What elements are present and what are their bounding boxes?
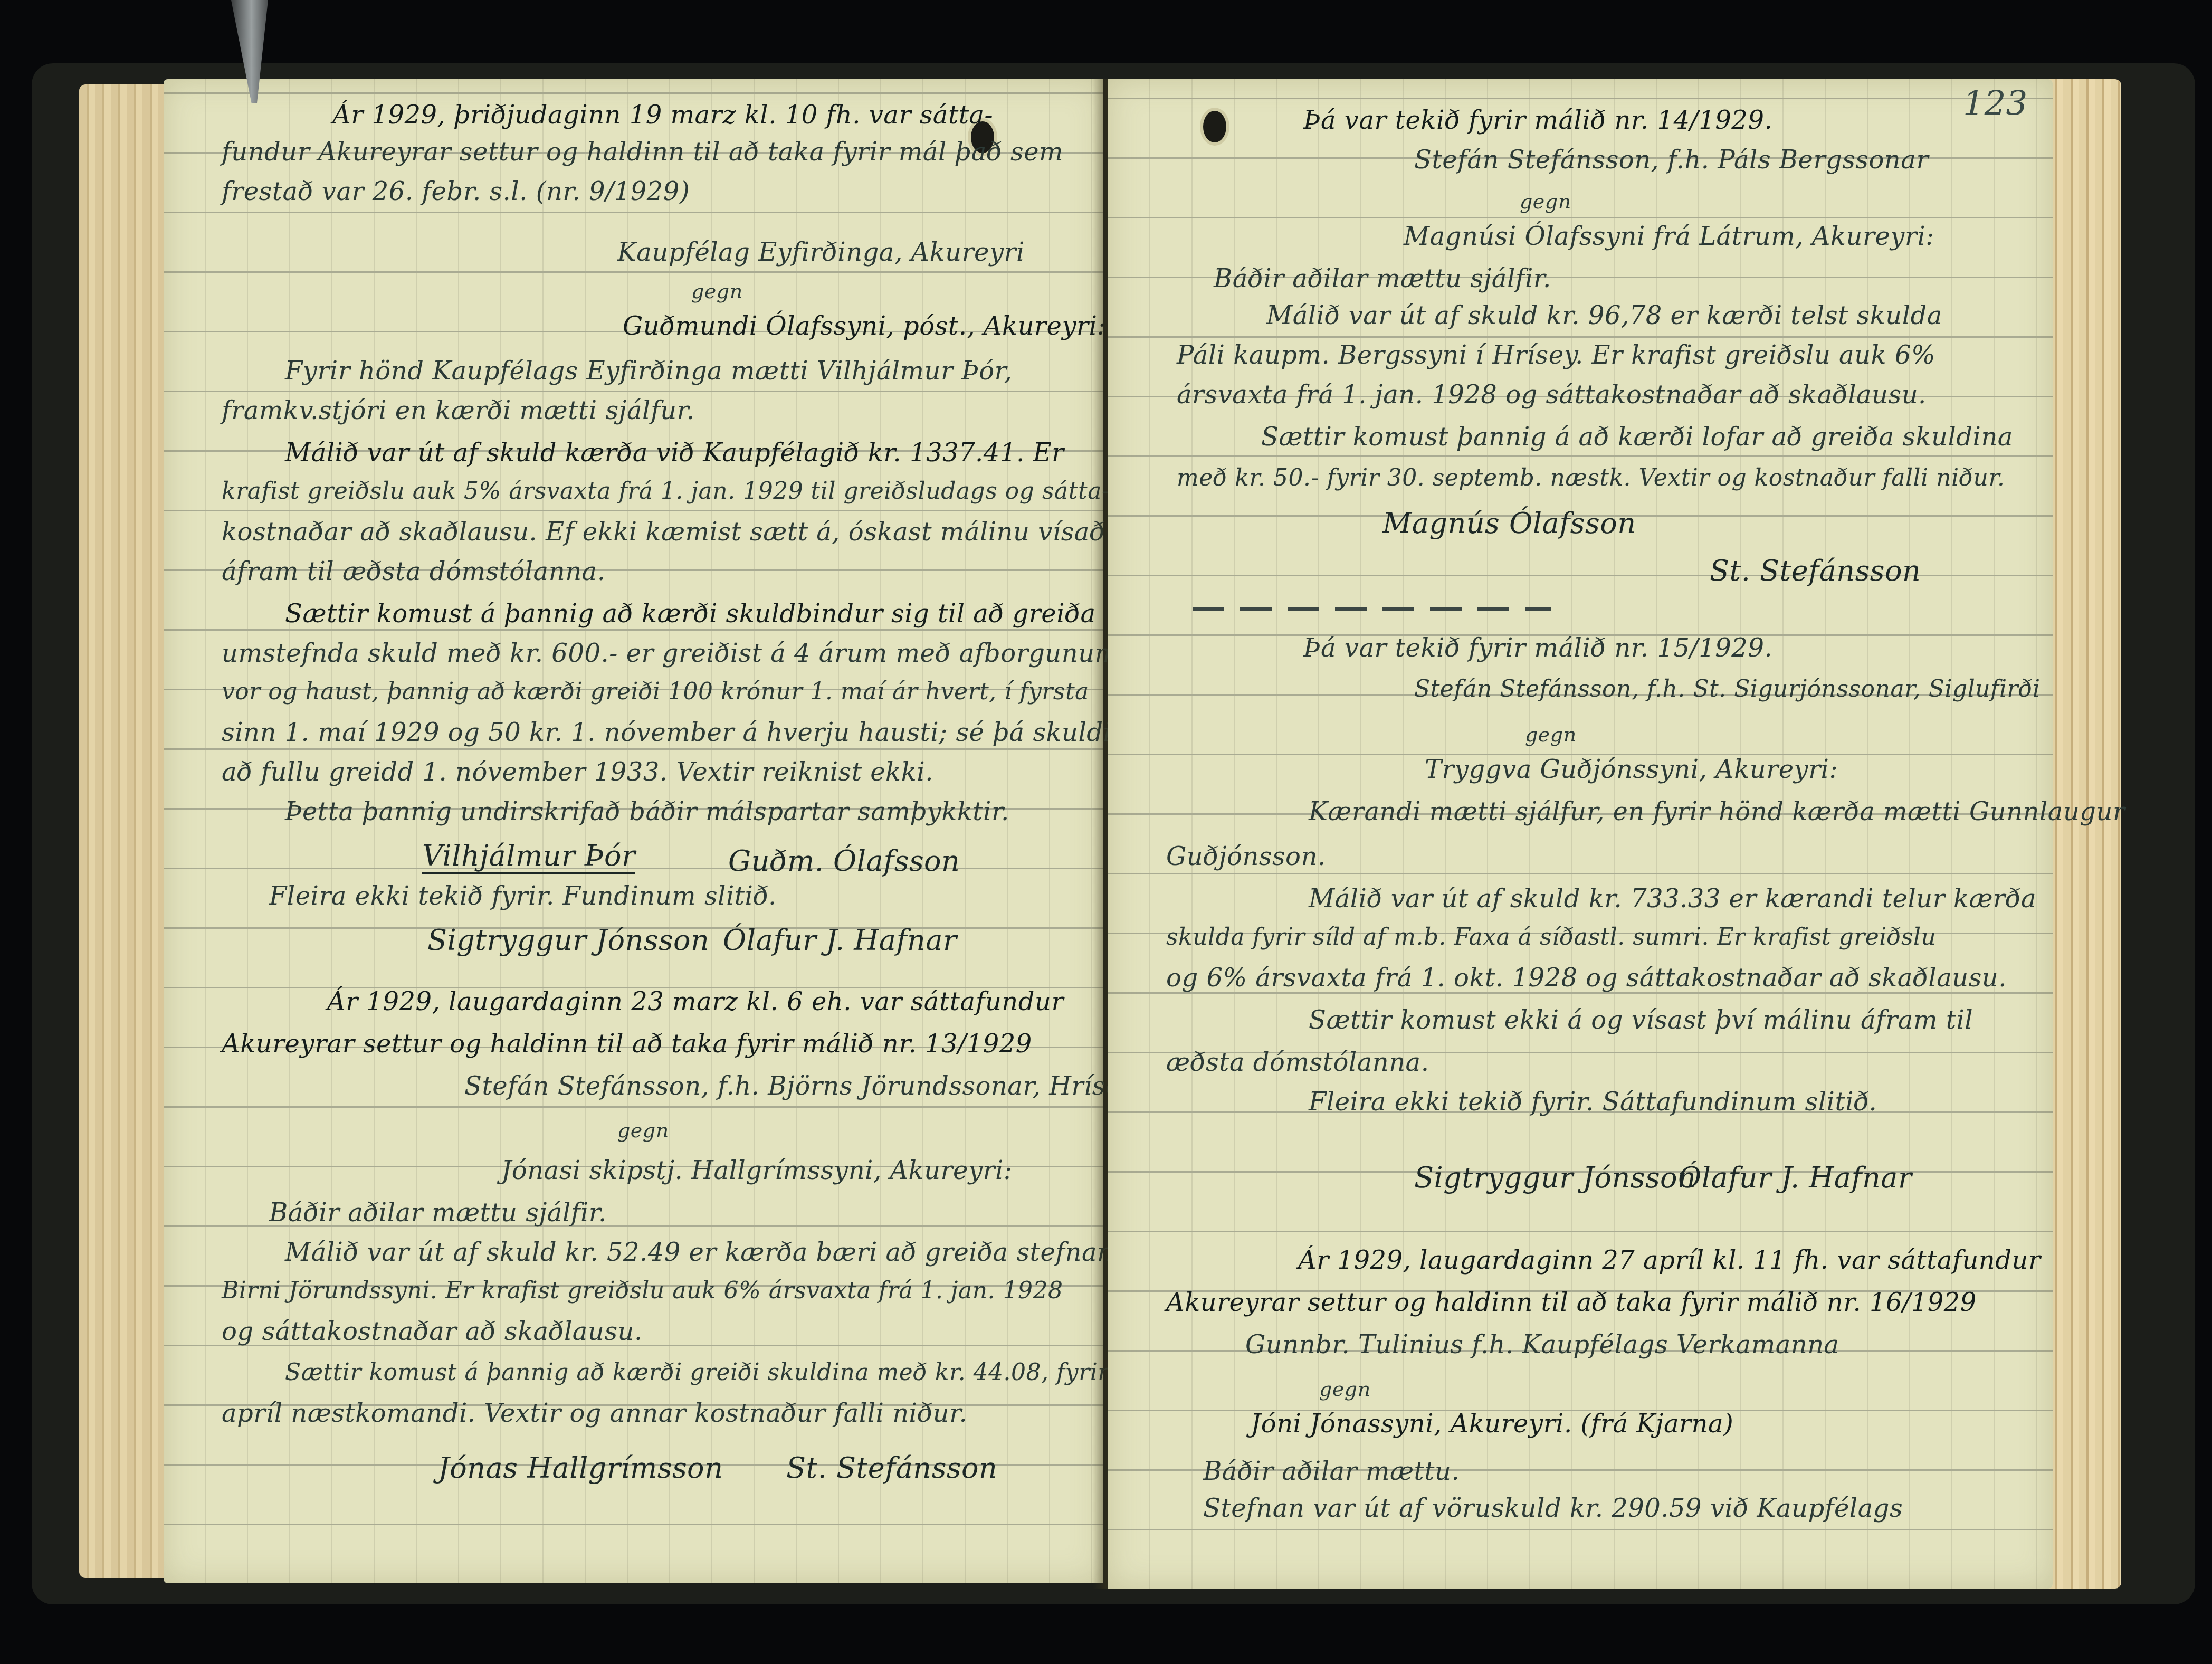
- plaintiff-line: Stefán Stefánsson, f.h. Björns Jörundsso…: [464, 1071, 1135, 1101]
- defendant-line: Jónasi skipstj. Hallgrímssyni, Akureyri:: [501, 1156, 1013, 1185]
- entry-line: áfram til æðsta dómstólanna.: [222, 557, 605, 586]
- entry-line: skulda fyrir síld af m.b. Faxa á síðastl…: [1166, 924, 1936, 950]
- closing-line: Fleira ekki tekið fyrir. Fundinum slitið…: [269, 881, 777, 911]
- signature-court: Ólafur J. Hafnar: [1678, 1161, 1912, 1194]
- entry-line: Málið var út af skuld kr. 733.33 er kæra…: [1309, 884, 2036, 914]
- page-number: 123: [1963, 84, 2027, 123]
- versus-label: gegn: [1319, 1377, 1371, 1401]
- entry-line: Ár 1929, laugardaginn 27 apríl kl. 11 fh…: [1298, 1245, 2041, 1275]
- entry-line: Stefnan var út af vöruskuld kr. 290.59 v…: [1203, 1494, 1903, 1523]
- entry-line: Akureyrar settur og haldinn til að taka …: [1166, 1288, 1977, 1317]
- entry-line: Þá var tekið fyrir málið nr. 15/1929.: [1303, 633, 1772, 663]
- signature-court: Sigtryggur Jónsson: [427, 924, 709, 957]
- binding-hole: [1203, 111, 1226, 142]
- signature-court: Ólafur J. Hafnar: [723, 924, 957, 957]
- signature-court: St. Stefánsson: [786, 1451, 997, 1485]
- signature-court: Sigtryggur Jónsson: [1414, 1161, 1696, 1194]
- entry-line: Sættir komust á þannig að kærði greiði s…: [285, 1359, 1198, 1386]
- entry-line: Birni Jörundssyni. Er krafist greiðslu a…: [222, 1277, 1063, 1304]
- entry-line: Fyrir hönd Kaupfélags Eyfirðinga mætti V…: [285, 356, 1013, 386]
- entry-line: framkv.stjóri en kærði mætti sjálfur.: [222, 396, 695, 425]
- signature-court: St. Stefánsson: [1710, 554, 1921, 587]
- entry-line: apríl næstkomandi. Vextir og annar kostn…: [222, 1399, 967, 1428]
- defendant-line: Guðmundi Ólafssyni, póst., Akureyri:: [623, 311, 1106, 341]
- page-edges-left: [79, 84, 164, 1578]
- entry-line: og sáttakostnaðar að skaðlausu.: [222, 1317, 643, 1346]
- entry-line: Ár 1929, laugardaginn 23 marz kl. 6 eh. …: [327, 987, 1064, 1016]
- entry-line: Þá var tekið fyrir málið nr. 14/1929.: [1303, 106, 1772, 135]
- entry-line: Báðir aðilar mættu.: [1203, 1457, 1460, 1486]
- plaintiff-line: Stefán Stefánsson, f.h. St. Sigurjónsson…: [1414, 676, 2041, 702]
- entry-line: Ár 1929, þriðjudaginn 19 marz kl. 10 fh.…: [332, 100, 993, 130]
- entry-line: æðsta dómstólanna.: [1166, 1048, 1429, 1077]
- entry-line: og 6% ársvaxta frá 1. okt. 1928 og sátta…: [1166, 963, 2007, 993]
- entry-line: kostnaðar að skaðlausu. Ef ekki kæmist s…: [222, 517, 1105, 547]
- entry-line: krafist greiðslu auk 5% ársvaxta frá 1. …: [222, 478, 1110, 505]
- defendant-line: Jóni Jónassyni, Akureyri. (frá Kjarna): [1251, 1409, 1733, 1439]
- entry-line: Akureyrar settur og haldinn til að taka …: [222, 1029, 1032, 1059]
- signature-party: Guðm. Ólafsson: [728, 844, 960, 878]
- page-edges-right: [2047, 79, 2121, 1589]
- entry-line: Guðjónsson.: [1166, 842, 1326, 871]
- entry-line: Sættir komust á þannig að kærði skuldbin…: [285, 599, 1096, 629]
- entry-line: umstefnda skuld með kr. 600.- er greiðis…: [222, 639, 1119, 668]
- entry-line: vor og haust, þannig að kærði greiði 100…: [222, 678, 1089, 705]
- entry-line: fundur Akureyrar settur og haldinn til a…: [222, 137, 1063, 167]
- entry-line: Báðir aðilar mættu sjálfir.: [269, 1198, 607, 1228]
- plaintiff-line: Gunnbr. Tulinius f.h. Kaupfélags Verkama…: [1245, 1330, 1839, 1359]
- entry-line: frestað var 26. febr. s.l. (nr. 9/1929): [222, 177, 690, 206]
- signature-party: Jónas Hallgrímsson: [438, 1451, 723, 1485]
- entry-line: Málið var út af skuld kærða við Kaupféla…: [285, 438, 1064, 468]
- versus-label: gegn: [617, 1119, 669, 1142]
- versus-label: gegn: [691, 280, 743, 303]
- signature-party: Vilhjálmur Þór: [422, 839, 635, 874]
- entry-line: að fullu greidd 1. nóvember 1933. Vextir…: [222, 757, 933, 787]
- entry-line: Málið var út af skuld kr. 96,78 er kærði…: [1266, 301, 1942, 330]
- defendant-line: Tryggva Guðjónssyni, Akureyri:: [1425, 755, 1838, 784]
- entry-line: sinn 1. maí 1929 og 50 kr. 1. nóvember á…: [222, 718, 1128, 747]
- closing-line: Fleira ekki tekið fyrir. Sáttafundinum s…: [1309, 1087, 1877, 1117]
- versus-label: gegn: [1520, 190, 1571, 213]
- entry-line: Báðir aðilar mættu sjálfir.: [1214, 264, 1551, 293]
- entry-line: ársvaxta frá 1. jan. 1928 og sáttakostna…: [1177, 380, 1927, 410]
- signature-party: Magnús Ólafsson: [1382, 507, 1636, 540]
- entry-line: Sættir komust þannig á að kærði lofar að…: [1261, 422, 2013, 452]
- versus-label: gegn: [1525, 723, 1577, 746]
- defendant-line: Magnúsi Ólafssyni frá Látrum, Akureyri:: [1404, 222, 1934, 251]
- entry-divider: [1193, 607, 1551, 611]
- entry-line: Páli kaupm. Bergssyni í Hrísey. Er krafi…: [1177, 340, 1936, 370]
- plaintiff-line: Kaupfélag Eyfirðinga, Akureyri: [617, 237, 1025, 267]
- entry-line: Kærandi mætti sjálfur, en fyrir hönd kær…: [1309, 797, 2125, 826]
- entry-line: með kr. 50.- fyrir 30. septemb. næstk. V…: [1177, 464, 2005, 491]
- entry-line: Þetta þannig undirskrifað báðir málspart…: [285, 797, 1009, 826]
- entry-line: Málið var út af skuld kr. 52.49 er kærða…: [285, 1238, 1146, 1267]
- entry-line: Sættir komust ekki á og vísast því málin…: [1309, 1005, 1973, 1035]
- left-page: Ár 1929, þriðjudaginn 19 marz kl. 10 fh.…: [164, 79, 1103, 1583]
- plaintiff-line: Stefán Stefánsson, f.h. Páls Bergssonar: [1414, 145, 1929, 175]
